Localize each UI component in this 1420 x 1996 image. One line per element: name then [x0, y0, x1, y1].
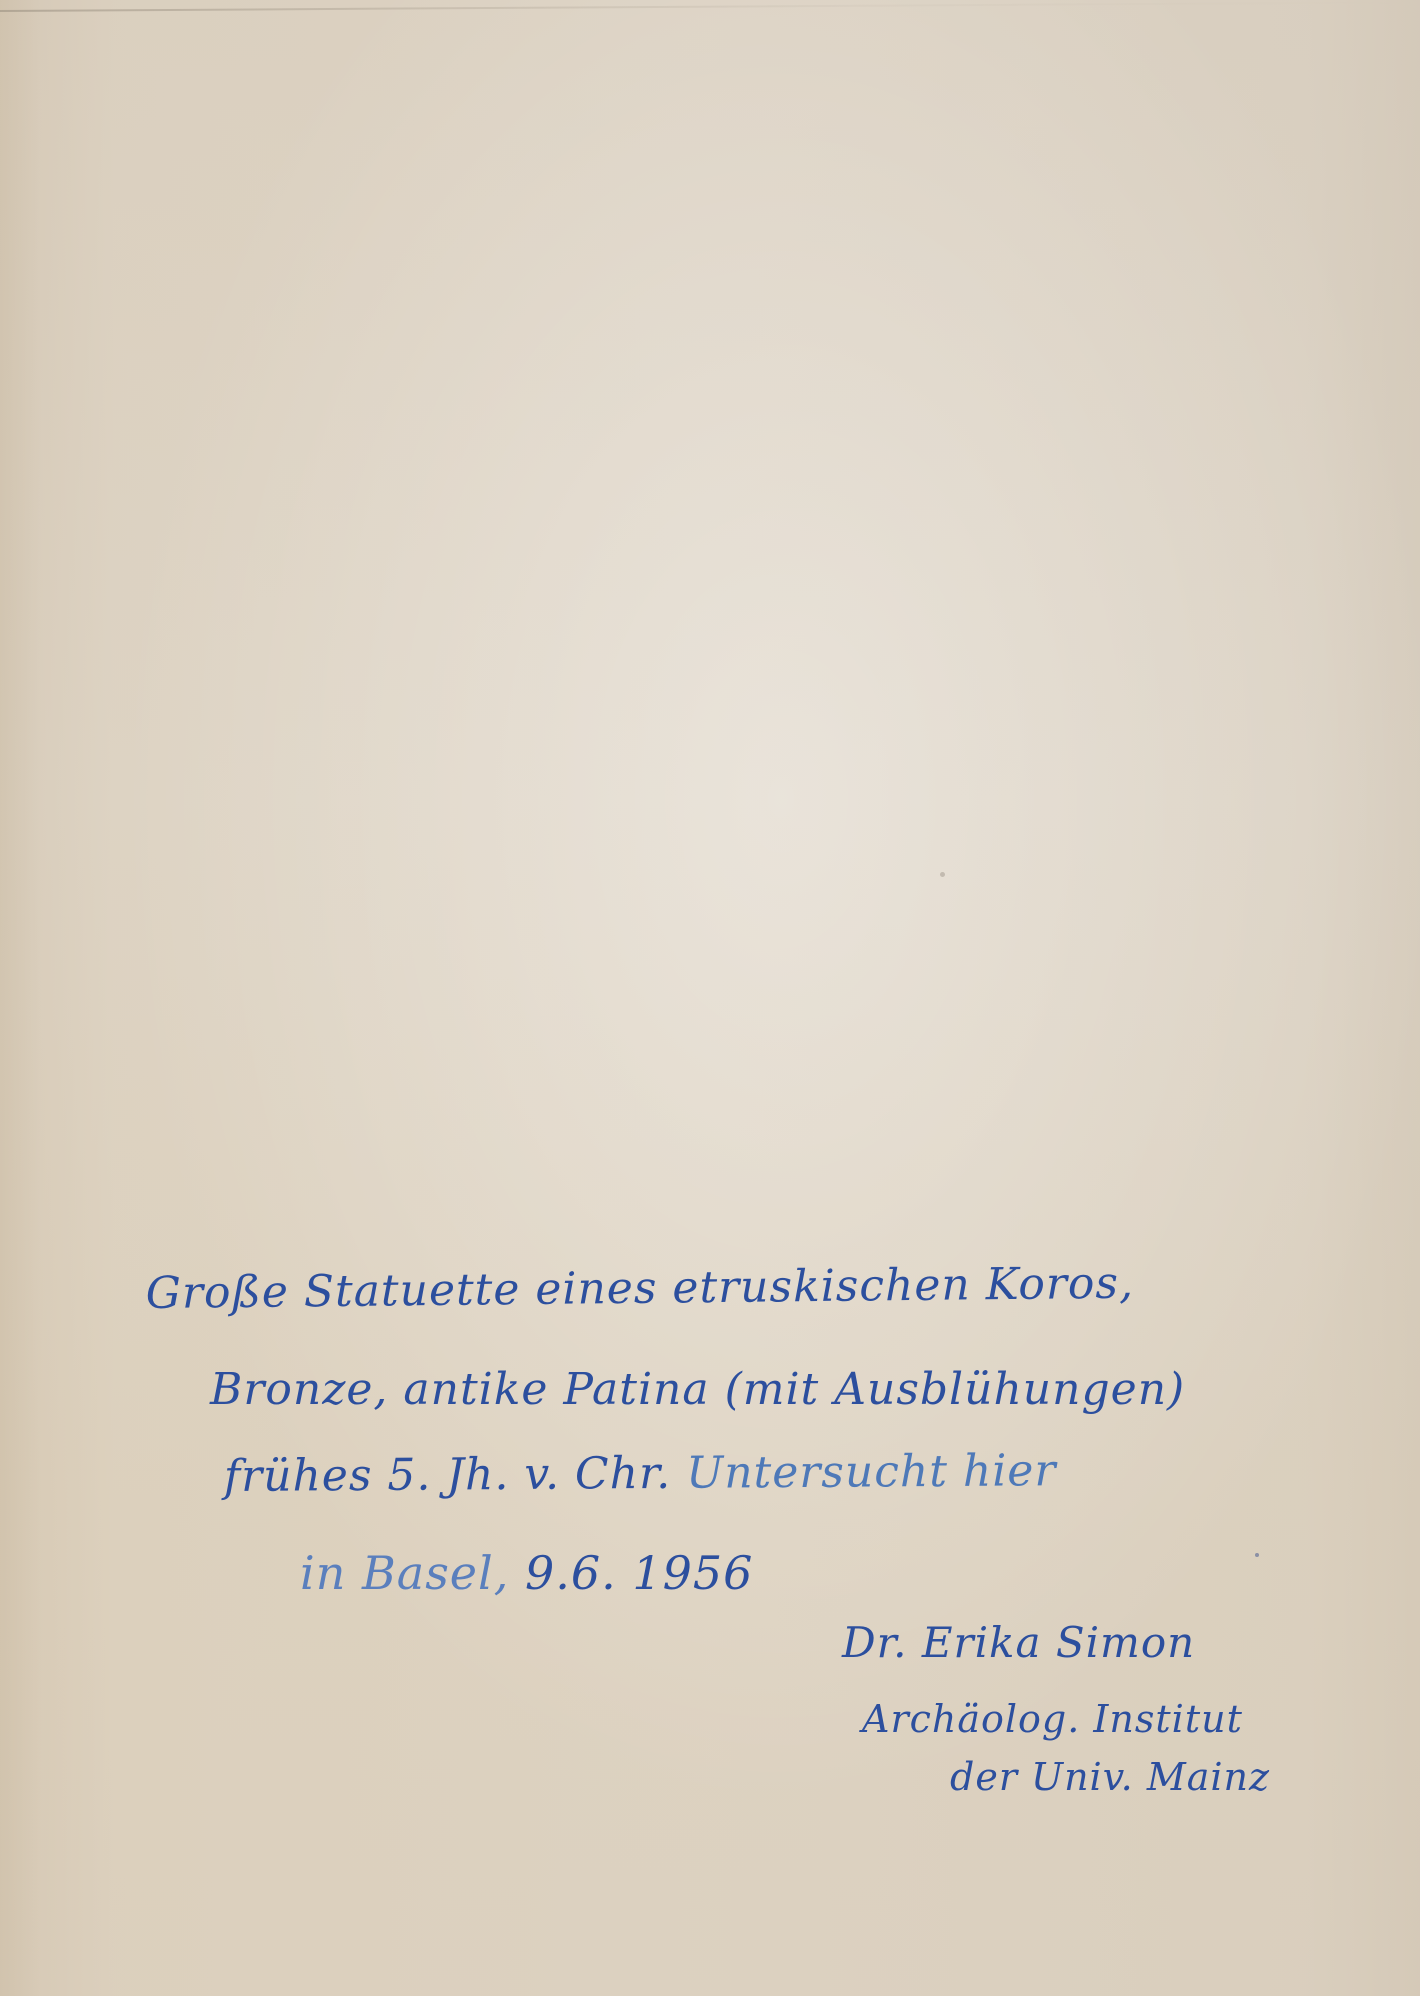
- handwritten-inscription: Große Statuette eines etruskischen Koros…: [0, 0, 1420, 1996]
- inscription-dating: frühes 5. Jh. v. Chr.: [224, 1448, 672, 1502]
- inscription-place: in Basel,: [300, 1546, 509, 1600]
- inscription-examined: Untersucht hier: [686, 1445, 1057, 1499]
- inscription-line-4: in Basel, 9.6. 1956: [300, 1550, 753, 1596]
- inscription-line-1: Große Statuette eines etruskischen Koros…: [146, 1262, 1135, 1316]
- ink-dot: [1255, 1553, 1259, 1557]
- inscription-line-3: frühes 5. Jh. v. Chr. Untersucht hier: [224, 1449, 1057, 1499]
- signature: Dr. Erika Simon: [842, 1622, 1195, 1664]
- institution-line-2: der Univ. Mainz: [950, 1758, 1270, 1796]
- inscription-date: 9.6. 1956: [525, 1546, 753, 1600]
- inscription-line-2: Bronze, antike Patina (mit Ausblühungen): [210, 1368, 1185, 1412]
- institution-line-1: Archäolog. Institut: [862, 1700, 1243, 1738]
